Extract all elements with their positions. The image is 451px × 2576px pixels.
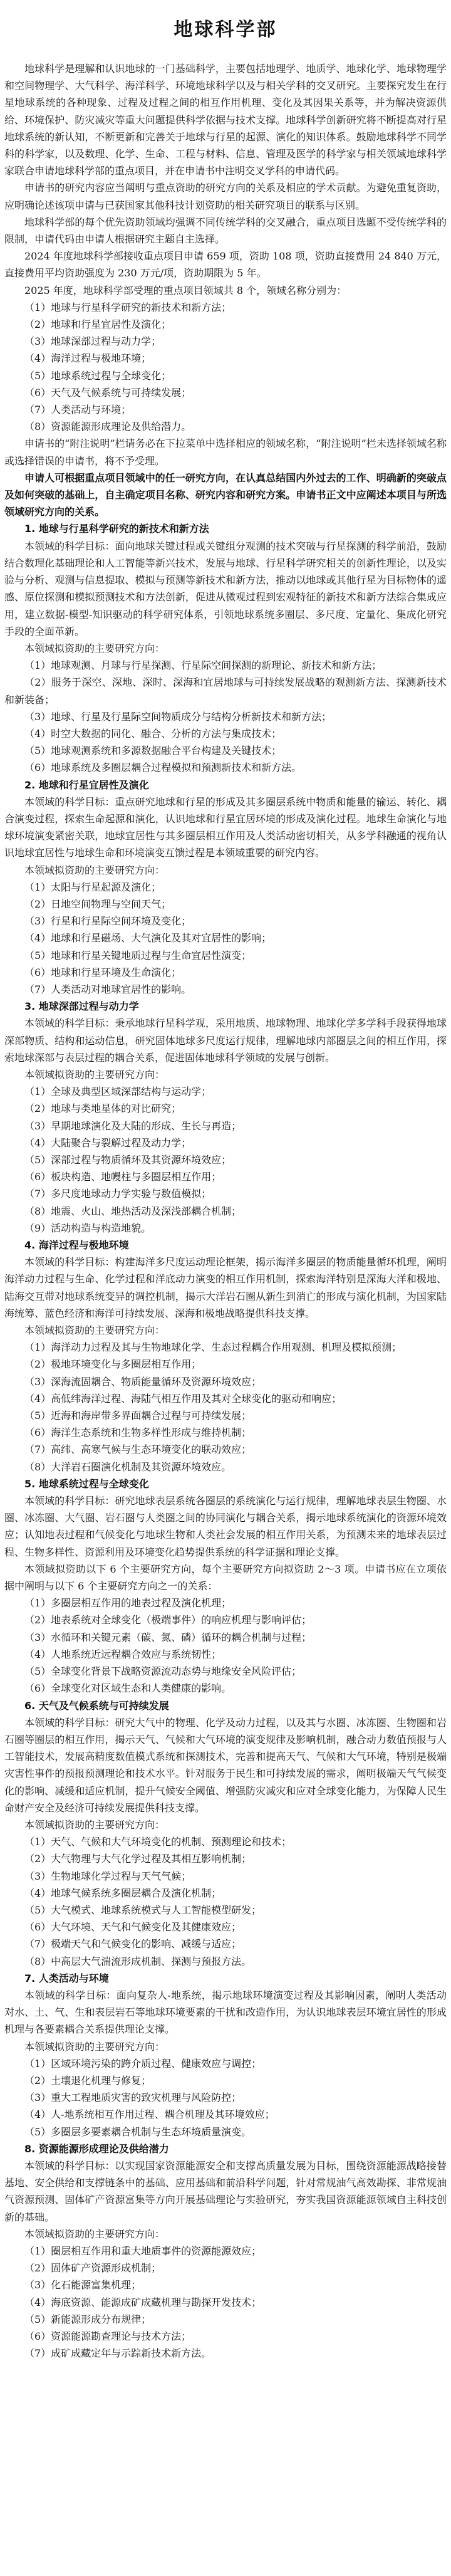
- direction-item: （5）地球观测系统和多源数据融合平台构建及关键技术；: [4, 742, 447, 759]
- direction-item: （6）地球系统及多圈层耦合过程模拟和预测新技术和新方法。: [4, 759, 447, 776]
- direction-item: （7）成矿成藏定年与示踪新技术新方法。: [4, 2345, 447, 2362]
- direction-item: （5）地球和行星关键地质过程与生命宜居性演变；: [4, 947, 447, 964]
- direction-item: （6）全球变化对区域生态和人类健康的影响。: [4, 1680, 447, 1697]
- direction-item: （4）高低纬海洋过程、海陆气相互作用及其对全球变化的驱动和响应；: [4, 1390, 447, 1407]
- section-goal: 本领域的科学目标：研究地球表层系统各圈层的系统演化与运行规律，理解地球表层生物圈…: [4, 1492, 447, 1561]
- directions-intro: 本领域拟资助以下 6 个主要研究方向，每个主要研究方向拟资助 2～3 项。申请书…: [4, 1561, 447, 1594]
- direction-item: （2）固体矿产资源形成机制；: [4, 2259, 447, 2276]
- direction-item: （2）地表系统对全球变化（极端事件）的响应机理与影响评估；: [4, 1611, 447, 1628]
- directions-intro: 本领域拟资助的主要研究方向：: [4, 862, 447, 879]
- direction-item: （7）极端天气和气候变化的影响、减缓与适应；: [4, 1935, 447, 1952]
- section-goal: 本领域的科学目标：构建海洋多尺度运动理论框架，揭示海洋多圈层的物质能量循环机理，…: [4, 1254, 447, 1322]
- intro-paragraph: 申请书的研究内容应当阐明与重点资助的研究方向的关系及相应的学术贡献。为避免重复资…: [4, 179, 447, 213]
- document-body: 地球科学是理解和认识地球的一门基础科学，主要包括地理学、地质学、地球化学、地球物…: [4, 60, 447, 2362]
- section-heading: 4. 海洋过程与极地环境: [4, 1237, 447, 1254]
- direction-item: （8）中高层大气湍流形成机制、探测与预报方法。: [4, 1953, 447, 1970]
- direction-item: （1）天气、气候和大气环境变化的机制、预测理论和技术；: [4, 1833, 447, 1850]
- directions-intro: 本领域拟资助的主要研究方向：: [4, 1816, 447, 1833]
- field-list-item: （2）地球和行星宜居性及演化；: [4, 316, 447, 333]
- field-list-item: （3）地球深部过程与动力学；: [4, 333, 447, 350]
- field-list-item: （7）人类活动与环境；: [4, 401, 447, 418]
- section-heading: 8. 资源能源形成理论及供给潜力: [4, 2140, 447, 2157]
- direction-item: （5）多圈层多要素耦合机制与生态环境质量演变。: [4, 2123, 447, 2140]
- direction-item: （2）日地空间物理与空间天气；: [4, 896, 447, 913]
- section-goal: 本领域的科学目标：面向复杂人-地系统，揭示地球环境演变过程及其影响因素，阐明人类…: [4, 1987, 447, 2038]
- direction-item: （2）服务于深空、深地、深时、深海和宜居地球与可持续发展战略的观测新方法、探测新…: [4, 674, 447, 708]
- direction-item: （5）新能源形成分布规律；: [4, 2311, 447, 2328]
- field-list-item: （6）天气及气候系统与可持续发展；: [4, 384, 447, 401]
- intro-paragraph: 地球科学是理解和认识地球的一门基础科学，主要包括地理学、地质学、地球化学、地球物…: [4, 60, 447, 179]
- section-goal: 本领域的科学目标：面向地球关键过程或关键组分观测的技术突破与行星探测的科学前沿，…: [4, 538, 447, 640]
- applicant-note: 申请人可根据重点项目领域中的任一研究方向，在认真总结国内外过去的工作、明确新的突…: [4, 469, 447, 521]
- section-goal: 本领域的科学目标：以实现国家资源能源安全和支撑高质量发展为目标，围绕资源能源战略…: [4, 2157, 447, 2226]
- direction-item: （2）极地环境变化与多圈层相互作用；: [4, 1356, 447, 1373]
- direction-item: （5）大气模式、地球系统模式与人工智能模型研发；: [4, 1902, 447, 1919]
- intro-paragraph: 地球科学部的每个优先资助领域均强调不同传统学科的交叉融合，重点项目选题不受传统学…: [4, 214, 447, 248]
- direction-item: （4）时空大数据的同化、融合、分析的方法与集成技术；: [4, 725, 447, 742]
- directions-intro: 本领域拟资助的主要研究方向：: [4, 1322, 447, 1339]
- direction-item: （6）大气环境、天气和气候变化及其健康效应；: [4, 1919, 447, 1935]
- direction-item: （5）全球变化背景下战略资源流动态势与地缘安全风险评估；: [4, 1663, 447, 1680]
- direction-item: （1）海洋动力过程及其与生物地球化学、生态过程耦合作用观测、机理及模拟预测；: [4, 1339, 447, 1356]
- direction-item: （4）地球气候系统多圈层耦合及演化机制；: [4, 1885, 447, 1902]
- direction-item: （7）人类活动对地球宜居性的影响。: [4, 981, 447, 998]
- section-goal: 本领域的科学目标：秉承地球行星科学观，采用地质、地球物理、地球化学多学科手段获得…: [4, 1015, 447, 1066]
- directions-intro: 本领域拟资助的主要研究方向：: [4, 1066, 447, 1083]
- direction-item: （8）大洋岩石圈演化机制及其资源环境效应。: [4, 1458, 447, 1475]
- direction-item: （3）重大工程地质灾害的致灾机理与风险防控；: [4, 2089, 447, 2106]
- note-paragraph: 申请书的“附注说明”栏请务必在下拉菜单中选择相应的领域名称，“附注说明”栏未选择…: [4, 435, 447, 469]
- direction-item: （1）区域环境污染的跨介质过程、健康效应与调控；: [4, 2055, 447, 2072]
- direction-item: （4）人地系统近远程耦合效应与系统韧性；: [4, 1646, 447, 1663]
- section-heading: 1. 地球与行星科学研究的新技术和新方法: [4, 520, 447, 537]
- direction-item: （6）资源能源勘查理论与技术方法；: [4, 2328, 447, 2345]
- section-goal: 本领域的科学目标：重点研究地球和行星的形成及其多圈层系统中物质和能量的输运、转化…: [4, 793, 447, 862]
- direction-item: （8）地震、火山、地热活动及深浅部耦合机制；: [4, 1203, 447, 1220]
- section-heading: 6. 天气及气候系统与可持续发展: [4, 1697, 447, 1714]
- section-heading: 7. 人类活动与环境: [4, 1970, 447, 1987]
- direction-item: （3）早期地球演化及大陆的形成、生长与再造；: [4, 1118, 447, 1134]
- direction-item: （1）多圈层相互作用的地表过程及演化机理；: [4, 1594, 447, 1611]
- page-title: 地球科学部: [4, 18, 447, 43]
- field-list-item: （5）地球系统过程与全球变化；: [4, 367, 447, 384]
- direction-item: （2）土壤退化机理与修复；: [4, 2072, 447, 2089]
- document-page: 地球科学部 地球科学是理解和认识地球的一门基础科学，主要包括地理学、地质学、地球…: [0, 0, 451, 2576]
- direction-item: （2）地球与类地星体的对比研究；: [4, 1100, 447, 1117]
- section-heading: 2. 地球和行星宜居性及演化: [4, 777, 447, 793]
- direction-item: （3）水循环和关键元素（碳、氮、磷）循环的耦合机制与过程；: [4, 1629, 447, 1646]
- directions-intro: 本领域拟资助的主要研究方向：: [4, 640, 447, 657]
- direction-item: （1）全球及典型区域深部结构与运动学；: [4, 1083, 447, 1100]
- directions-intro: 本领域拟资助的主要研究方向：: [4, 2038, 447, 2055]
- direction-item: （2）大气物理与大气化学过程及其相互影响机制；: [4, 1850, 447, 1867]
- direction-item: （1）太阳与行星起源及演化；: [4, 879, 447, 896]
- direction-item: （4）地球和行星磁场、大气演化及其对宜居性的影响；: [4, 929, 447, 946]
- direction-item: （4）大陆聚合与裂解过程及动力学；: [4, 1134, 447, 1151]
- direction-item: （6）地球和行星环境及生命演化；: [4, 964, 447, 981]
- section-heading: 5. 地球系统过程与全球变化: [4, 1475, 447, 1492]
- direction-item: （1）地球观测、月球与行星探测、行星际空间探测的新理论、新技术和新方法；: [4, 657, 447, 674]
- direction-item: （3）深海流固耦合、物质能量循环及资源环境效应；: [4, 1373, 447, 1390]
- direction-item: （7）高纬、高寒气候与生态环境变化的联动效应；: [4, 1441, 447, 1458]
- field-list-item: （4）海洋过程与极地环境；: [4, 350, 447, 367]
- fields-intro: 2025 年度，地球科学部受理的重点项目领域共 8 个，领域名称分别为：: [4, 282, 447, 299]
- direction-item: （3）生物地球化学过程与天气气候；: [4, 1868, 447, 1885]
- direction-item: （3）地球、行星及行星际空间物质成分与结构分析新技术和新方法；: [4, 708, 447, 725]
- direction-item: （1）圈层相互作用和重大地质事件的资源能源效应；: [4, 2243, 447, 2259]
- intro-paragraph: 2024 年度地球科学部接收重点项目申请 659 项，资助 108 项，资助直接…: [4, 248, 447, 281]
- directions-intro: 本领域拟资助的主要研究方向：: [4, 2226, 447, 2243]
- section-goal: 本领域的科学目标：研究大气中的物理、化学及动力过程，以及其与水圈、冰冻圈、生物圈…: [4, 1714, 447, 1816]
- direction-item: （4）海底资源、能源成矿成藏机理与勘探开发技术；: [4, 2294, 447, 2311]
- field-list-item: （8）资源能源形成理论及供给潜力。: [4, 418, 447, 435]
- direction-item: （6）板块构造、地幔柱与多圈层相互作用；: [4, 1168, 447, 1185]
- direction-item: （9）活动构造与构造地貌。: [4, 1220, 447, 1237]
- direction-item: （3）化石能源富集机理；: [4, 2276, 447, 2293]
- direction-item: （5）近海和海岸带多界面耦合过程与可持续发展；: [4, 1407, 447, 1424]
- section-heading: 3. 地球深部过程与动力学: [4, 998, 447, 1015]
- direction-item: （5）深部过程与物质循环及其资源环境效应；: [4, 1151, 447, 1168]
- direction-item: （3）行星和行星际空间环境及变化；: [4, 913, 447, 929]
- direction-item: （6）海洋生态系统和生物多样性形成与维持机制；: [4, 1424, 447, 1441]
- direction-item: （4）人-地系统相互作用过程、耦合机理及其环境效应；: [4, 2106, 447, 2123]
- field-list-item: （1）地球与行星科学研究的新技术和新方法；: [4, 299, 447, 316]
- direction-item: （7）多尺度地球动力学实验与数值模拟；: [4, 1185, 447, 1202]
